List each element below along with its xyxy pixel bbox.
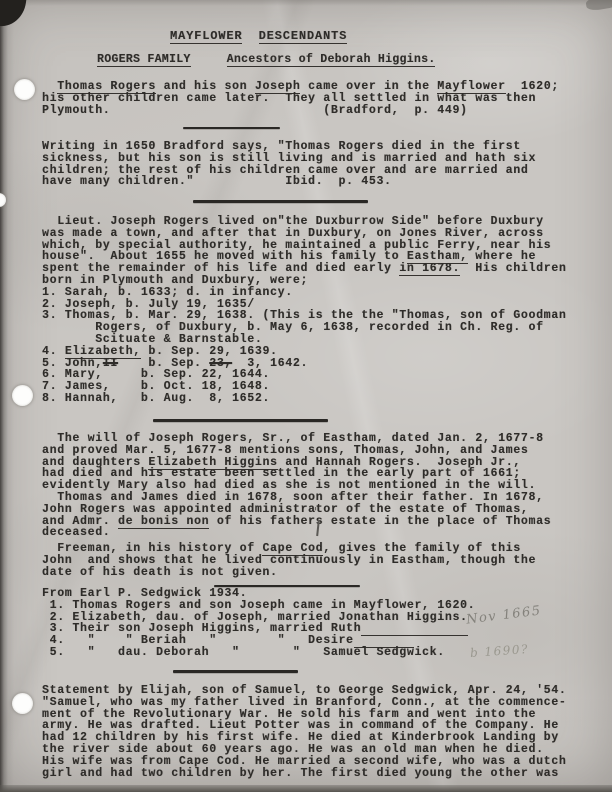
text-line: have many children." Ibid. p. 453. bbox=[42, 176, 536, 188]
divider-rule-3 bbox=[153, 419, 328, 422]
scan-edge-top bbox=[0, 0, 612, 6]
text-line: ROGERS FAMILY Ancestors of Deborah Higgi… bbox=[97, 54, 435, 66]
corner-smudge bbox=[585, 0, 612, 12]
text-line: Scituate & Barnstable. bbox=[42, 334, 567, 346]
text-line: date of his death is not given. bbox=[42, 567, 536, 579]
staple-corner-fold bbox=[0, 0, 27, 29]
punch-hole-middle bbox=[12, 385, 33, 406]
divider-rule-5 bbox=[173, 670, 298, 673]
punch-hole-edge-behind bbox=[0, 193, 6, 207]
scan-edge-bottom bbox=[0, 785, 612, 792]
paragraph-freeman: Freeman, in his history of Cape Cod, giv… bbox=[42, 543, 536, 578]
punch-hole-bottom bbox=[12, 693, 33, 714]
paragraph-joseph-rogers-children: Lieut. Joseph Rogers lived on"the Duxbur… bbox=[42, 216, 567, 405]
insertion-apostrophe-mark: ' bbox=[314, 505, 317, 519]
punch-hole-top bbox=[14, 79, 35, 100]
pencil-note-marriage-date: Nov 1665 bbox=[465, 603, 542, 627]
pencil-note-birth-date: b 1690? bbox=[470, 642, 530, 660]
paragraph-will: The will of Joseph Rogers, Sr., of Easth… bbox=[42, 433, 551, 539]
text-line: and Admr. de bonis non of his fathers es… bbox=[42, 516, 551, 528]
divider-rule-2 bbox=[193, 200, 368, 203]
list-sedgwick-lineage: From Earl P. Sedgwick 1934. 1. Thomas Ro… bbox=[42, 588, 475, 659]
paragraph-elijah-statement: Statement by Elijah, son of Samuel, to G… bbox=[42, 685, 566, 779]
text-line: Plymouth. (Bradford, p. 449) bbox=[42, 105, 559, 117]
paragraph-mayflower: Thomas Rogers and his son Joseph came ov… bbox=[42, 81, 559, 116]
section-heading-rogers-family: ROGERS FAMILY Ancestors of Deborah Higgi… bbox=[97, 54, 435, 66]
scanned-document-page: { "meta": { "paper_color": "#c9c6c2", "i… bbox=[0, 0, 612, 792]
text-line: MAYFLOWER DESCENDANTS bbox=[170, 31, 347, 43]
page-title: MAYFLOWER DESCENDANTS bbox=[170, 31, 347, 43]
text-line: girl and had two children by her. The fi… bbox=[42, 768, 566, 780]
divider-rule-1 bbox=[183, 127, 280, 129]
text-line: 8. Hannah, b. Aug. 8, 1652. bbox=[42, 393, 567, 405]
paragraph-bradford-quote: Writing in 1650 Bradford says, "Thomas R… bbox=[42, 141, 536, 188]
text-line: 5. " dau. Deborah " " Samuel Sedgwick. bbox=[42, 647, 475, 659]
text-line: deceased. bbox=[42, 527, 551, 539]
